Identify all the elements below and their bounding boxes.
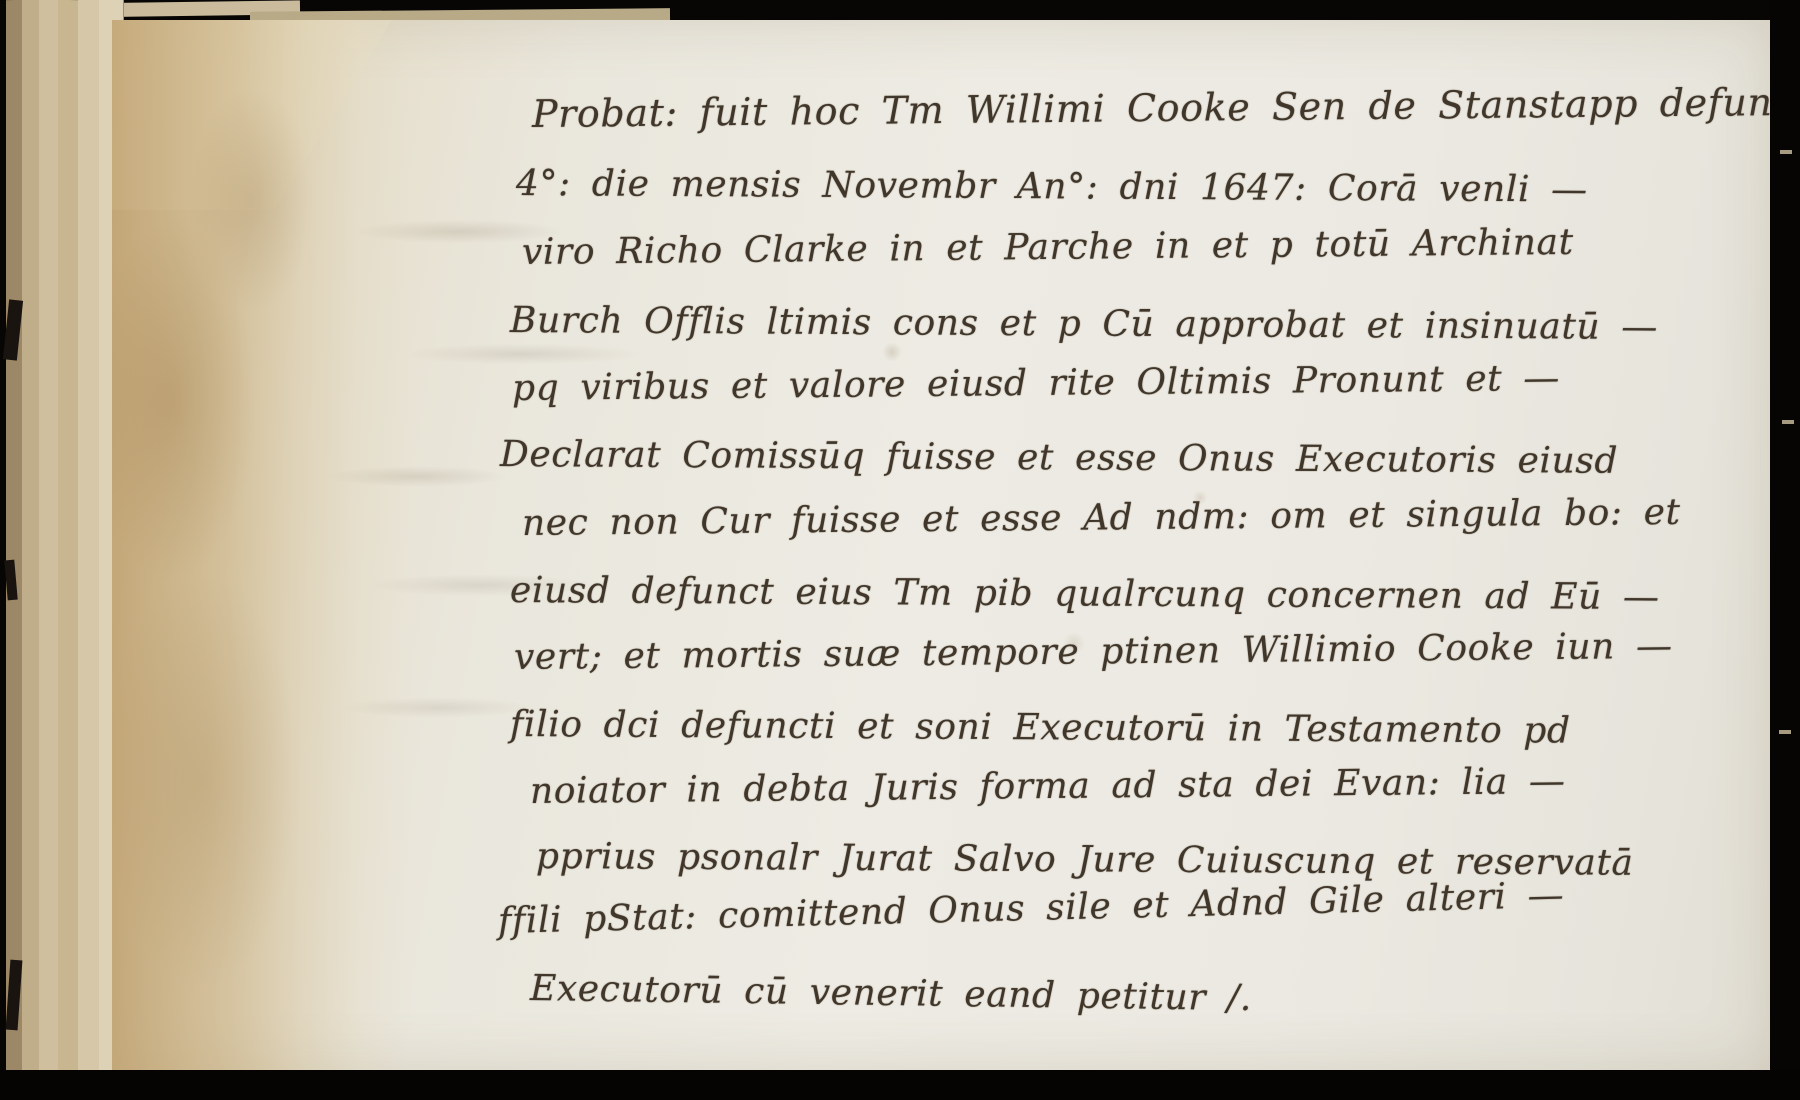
- photo-backdrop: Probat: fuit hoc Tm Willimi Cooke Sen de…: [0, 0, 1800, 1100]
- manuscript-line: noiator in debta Juris forma ad sta dei …: [530, 761, 1566, 812]
- photo-border-right: [1770, 0, 1800, 1100]
- manuscript-line: ffili pStat: comittend Onus sile et Adnd…: [497, 875, 1564, 942]
- manuscript-line: 4°: die mensis Novembr An°: dni 1647: Co…: [516, 163, 1588, 211]
- manuscript-line: eiusd defunct eius Tm pib qualrcunq conc…: [510, 570, 1660, 618]
- page-edge-stack: [6, 0, 118, 1100]
- page-edge-strip: [58, 0, 79, 1100]
- manuscript-line: Burch Offlis ltimis cons et p Cū approba…: [510, 300, 1658, 348]
- manuscript-line: Executorū cū venerit eand petitur /.: [530, 968, 1253, 1019]
- fore-edge-glint: [1782, 420, 1794, 424]
- manuscript-line: Probat: fuit hoc Tm Willimi Cooke Sen de…: [532, 80, 1800, 136]
- page-edge-strip: [78, 0, 100, 1100]
- manuscript-line: filio dci defuncti et soni Executorū in …: [510, 704, 1571, 751]
- manuscript-page: Probat: fuit hoc Tm Willimi Cooke Sen de…: [112, 20, 1770, 1072]
- page-edge-strip: [39, 0, 59, 1100]
- page-edge-strip: [22, 0, 40, 1100]
- photo-border-bottom: [0, 1070, 1800, 1100]
- manuscript-line: Declarat Comissūq fuisse et esse Onus Ex…: [500, 434, 1618, 482]
- fore-edge-glint: [1779, 730, 1791, 734]
- fore-edge-glint: [1780, 150, 1792, 154]
